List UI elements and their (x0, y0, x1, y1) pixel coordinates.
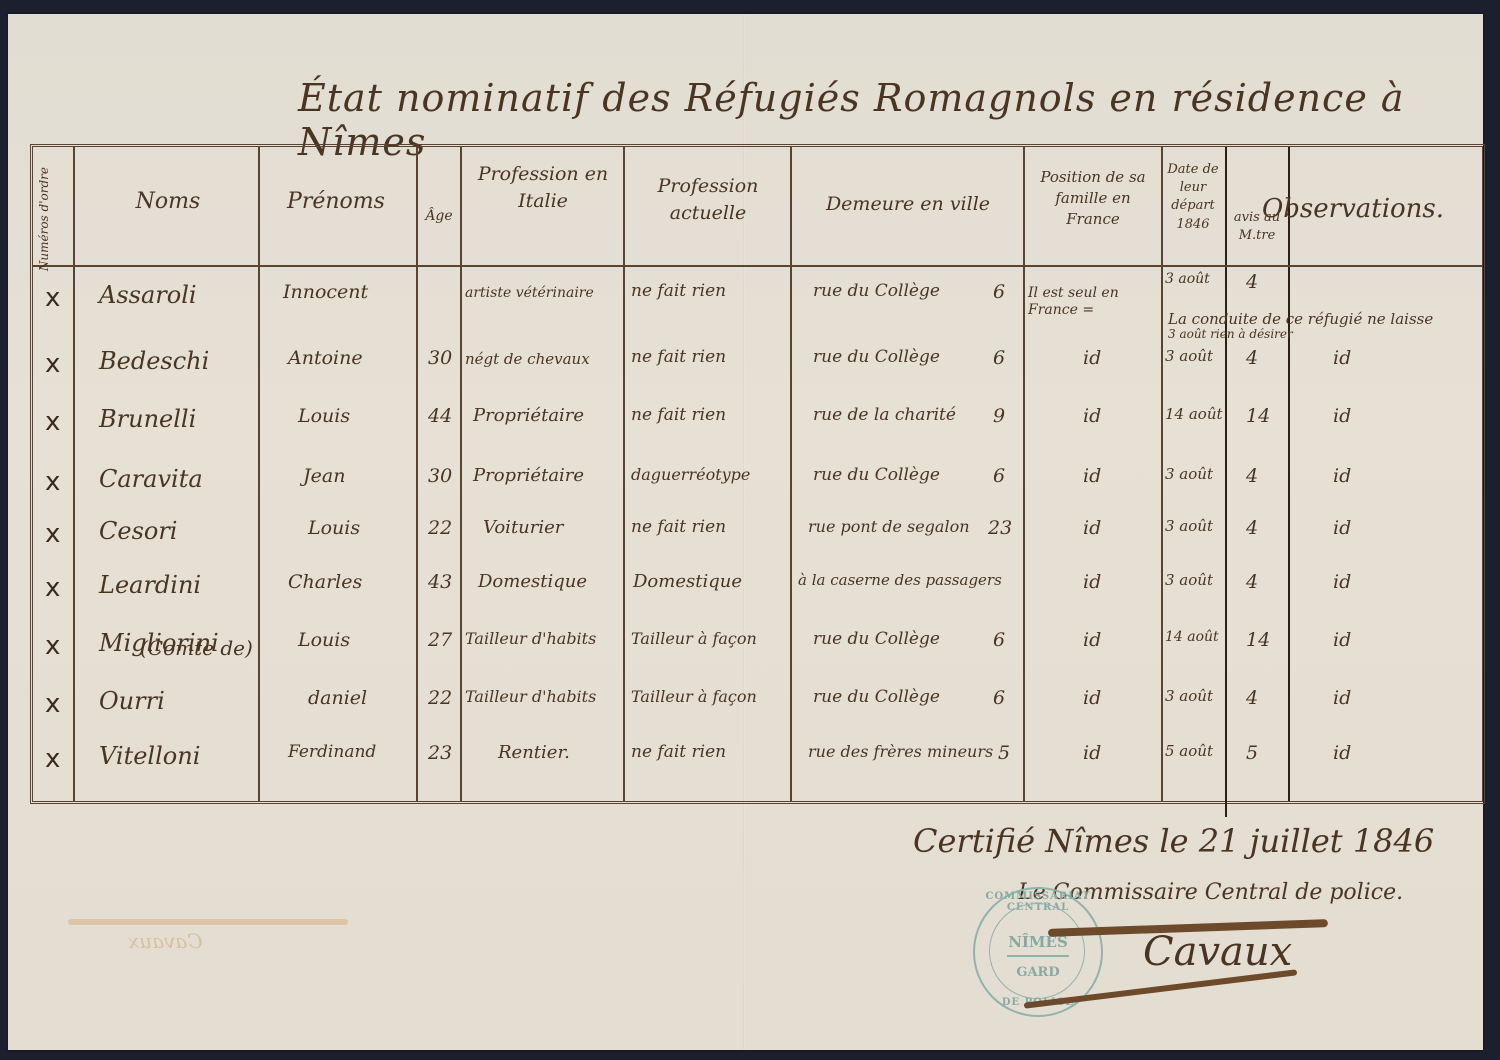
header-date-depart: Date de leur départ 1846 (1163, 161, 1223, 234)
cell-demeure: rue pont de segalon (808, 517, 970, 536)
cell-prof-actuelle: ne fait rien (631, 347, 726, 367)
table-row: x Caravita Jean 30 Propriétaire daguerré… (33, 465, 1482, 521)
cell-numero: 6 (993, 281, 1005, 303)
header-rule (33, 265, 1483, 267)
cell-date-depart: 3 août (1165, 465, 1213, 483)
table-row: x Brunelli Louis 44 Propriétaire ne fait… (33, 405, 1482, 461)
annotation-conduite: La conduite de ce réfugié ne laisse (1168, 310, 1433, 328)
cell-numero: 6 (993, 347, 1005, 369)
cell-prof-actuelle: daguerréotype (631, 465, 750, 484)
cell-date-depart: 3 août (1165, 347, 1213, 365)
cell-date-depart: 3 août (1165, 571, 1213, 589)
cell-prof-italie: artiste vétérinaire (465, 285, 594, 301)
cell-nom: Vitelloni (99, 742, 200, 770)
cell-nom: Brunelli (99, 405, 196, 433)
cell-nom: Assaroli (99, 281, 197, 309)
cell-observations: id (1333, 571, 1351, 593)
row-mark: x (45, 467, 60, 497)
cell-numero: 5 (998, 742, 1010, 764)
header-demeure: Demeure en ville (798, 191, 1018, 218)
cell-avis: 4 (1246, 687, 1258, 709)
cell-prenom: Louis (308, 517, 360, 539)
cell-demeure: rue des frères mineurs (808, 742, 993, 761)
document-page: État nominatif des Réfugiés Romagnols en… (8, 14, 1483, 1050)
cell-prenom: Ferdinand (288, 742, 376, 762)
cell-observations: id (1333, 405, 1351, 427)
cell-demeure: rue du Collège (813, 687, 940, 707)
header-position-famille: Position de sa famille en France (1028, 167, 1158, 230)
cell-nom: Cesori (99, 517, 177, 545)
cell-position: id (1083, 405, 1101, 427)
cell-prenom: daniel (308, 687, 367, 709)
cell-age: 27 (428, 629, 452, 651)
annotation-desirer: 3 août rien à désirer (1168, 327, 1293, 341)
cell-prof-actuelle: Tailleur à façon (631, 687, 757, 706)
cell-numero: 23 (988, 517, 1012, 539)
cell-demeure: rue du Collège (813, 347, 940, 367)
cell-demeure: à la caserne des passagers (798, 571, 1002, 589)
cell-date-depart: 5 août (1165, 742, 1213, 760)
cell-prof-italie: Tailleur d'habits (465, 687, 596, 706)
cell-observations: id (1333, 629, 1351, 651)
row-mark: x (45, 407, 60, 437)
cell-nom: Caravita (99, 465, 203, 493)
cell-prof-actuelle: Tailleur à façon (631, 629, 757, 648)
cell-demeure: rue du Collège (813, 281, 940, 301)
cell-demeure: rue du Collège (813, 465, 940, 485)
cell-position: id (1083, 687, 1101, 709)
row-mark: x (45, 283, 60, 313)
cell-nom: Leardini (99, 571, 201, 599)
stamp-inner-ring (989, 903, 1085, 999)
header-profession-actuelle: Profession actuelle (633, 173, 783, 226)
cell-prenom: Innocent (283, 281, 368, 303)
cell-avis: 4 (1246, 271, 1258, 293)
row-mark: x (45, 689, 60, 719)
cell-observations: id (1333, 742, 1351, 764)
cell-numero: 6 (993, 465, 1005, 487)
cell-avis: 4 (1246, 571, 1258, 593)
table-row: x Cesori Louis 22 Voiturier ne fait rien… (33, 517, 1482, 573)
cell-position: id (1083, 571, 1101, 593)
cell-age: 30 (428, 465, 452, 487)
cell-age: 22 (428, 517, 452, 539)
cell-observations: id (1333, 347, 1351, 369)
cell-prof-italie: Domestique (478, 571, 587, 592)
faint-offset-stroke (68, 919, 348, 925)
cell-avis: 4 (1246, 347, 1258, 369)
vitelloni-title: (Comte de) (140, 636, 253, 660)
cell-age: 30 (428, 347, 452, 369)
cell-date-depart: 3 août (1165, 271, 1210, 287)
cell-prenom: Antoine (288, 347, 363, 369)
row-mark: x (45, 349, 60, 379)
header-numeros: Numéros d'ordre (37, 167, 51, 271)
cell-nom: Ourri (99, 687, 165, 715)
cell-numero: 9 (993, 405, 1005, 427)
faint-offset-signature: Cavaux (128, 929, 203, 953)
header-prenoms: Prénoms (261, 187, 411, 218)
cell-prof-italie: négt de chevaux (465, 350, 590, 368)
cell-prof-italie: Tailleur d'habits (465, 629, 596, 648)
cell-demeure: rue de la charité (813, 405, 956, 425)
table-row: x Bedeschi Antoine 30 négt de chevaux ne… (33, 347, 1482, 403)
cell-age: 44 (428, 405, 452, 427)
cell-prof-italie: Voiturier (483, 517, 563, 538)
cell-prof-actuelle: ne fait rien (631, 405, 726, 425)
cell-numero: 6 (993, 629, 1005, 651)
cell-avis: 14 (1246, 405, 1270, 427)
certification-line: Certifié Nîmes le 21 juillet 1846 (913, 822, 1434, 860)
cell-nom: Bedeschi (99, 347, 209, 375)
cell-prof-italie: Propriétaire (473, 405, 584, 426)
refugee-table: Numéros d'ordre Noms Prénoms Âge Profess… (30, 144, 1485, 804)
cell-date-depart: 14 août (1165, 405, 1223, 423)
header-observations: Observations. (1223, 191, 1483, 227)
cell-avis: 4 (1246, 517, 1258, 539)
cell-prof-actuelle: Domestique (633, 571, 742, 592)
cell-prof-actuelle: ne fait rien (631, 281, 726, 301)
cell-avis: 4 (1246, 465, 1258, 487)
table-row: x Ourri daniel 22 Tailleur d'habits Tail… (33, 687, 1482, 743)
cell-date-depart: 3 août (1165, 517, 1213, 535)
cell-position: id (1083, 742, 1101, 764)
cell-date-depart: 3 août (1165, 687, 1213, 705)
row-mark: x (45, 744, 60, 774)
cell-prenom: Jean (303, 465, 345, 487)
cell-prof-actuelle: ne fait rien (631, 517, 726, 537)
row-mark: x (45, 519, 60, 549)
table-row: x Leardini Charles 43 Domestique Domesti… (33, 571, 1482, 627)
header-profession-italie: Profession en Italie (473, 161, 613, 214)
cell-prof-actuelle: ne fait rien (631, 742, 726, 762)
cell-age: 43 (428, 571, 452, 593)
cell-demeure: rue du Collège (813, 629, 940, 649)
table-row: x Vitelloni Ferdinand 23 Rentier. ne fai… (33, 742, 1482, 798)
cell-avis: 14 (1246, 629, 1270, 651)
cell-numero: 6 (993, 687, 1005, 709)
cell-prenom: Louis (298, 405, 350, 427)
cell-position: id (1083, 517, 1101, 539)
cell-position: id (1083, 629, 1101, 651)
cell-avis: 5 (1246, 742, 1258, 764)
cell-observations: id (1333, 687, 1351, 709)
cell-position: id (1083, 465, 1101, 487)
cell-prof-italie: Rentier. (498, 742, 570, 763)
cell-date-depart: 14 août (1165, 629, 1219, 645)
cell-age: 22 (428, 687, 452, 709)
cell-prenom: Charles (288, 571, 362, 593)
cell-observations: id (1333, 517, 1351, 539)
signature: Cavaux (1143, 929, 1292, 975)
cell-position: Il est seul en France = (1028, 285, 1138, 319)
cell-observations: id (1333, 465, 1351, 487)
stamp-dept: GARD (975, 965, 1101, 980)
cell-prof-italie: Propriétaire (473, 465, 584, 486)
header-noms: Noms (93, 187, 243, 218)
row-mark: x (45, 631, 60, 661)
cell-position: id (1083, 347, 1101, 369)
stamp-ornament (1007, 955, 1069, 957)
row-mark: x (45, 573, 60, 603)
cell-prenom: Louis (298, 629, 350, 651)
cell-age: 23 (428, 742, 452, 764)
header-age: Âge (418, 207, 460, 227)
